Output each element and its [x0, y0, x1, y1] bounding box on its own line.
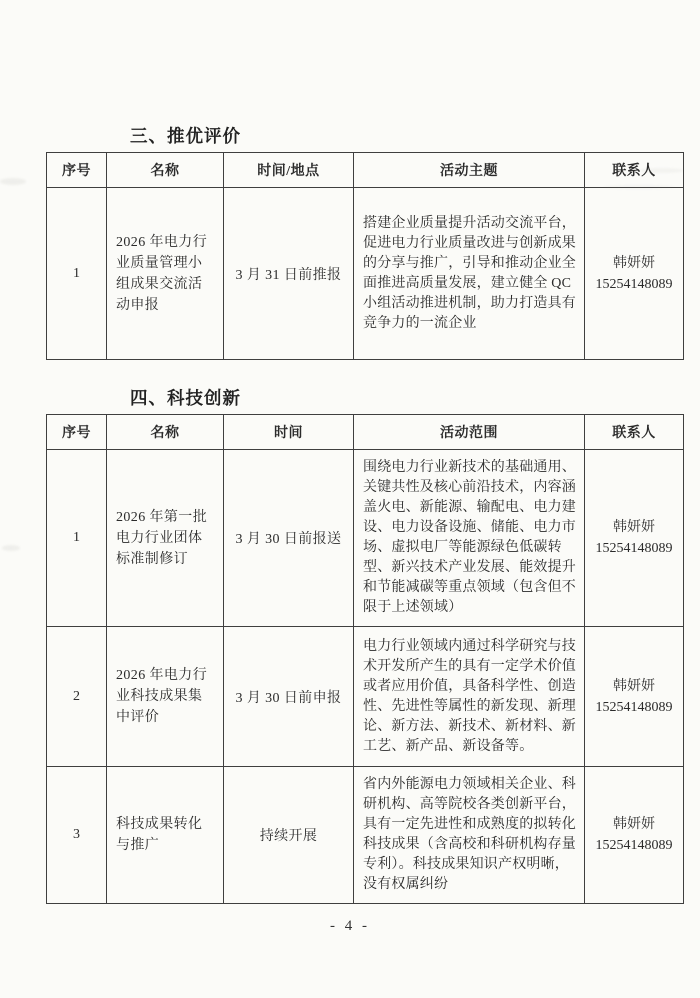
table-header-row: 序号 名称 时间 活动范围 联系人: [47, 415, 684, 450]
cell-contact: 韩妍妍 15254148089: [585, 188, 684, 360]
cell-activity-scope: 电力行业领域内通过科学研究与技术开发所产生的具有一定学术价值或者应用价值，具备科…: [354, 627, 585, 767]
col-header-contact: 联系人: [585, 415, 684, 450]
scan-artifact: [604, 185, 674, 189]
promotion-evaluation-table: 序号 名称 时间/地点 活动主题 联系人 1 2026 年电力行业质量管理小组成…: [46, 152, 684, 360]
contact-phone: 15254148089: [585, 274, 683, 295]
contact-phone: 15254148089: [585, 538, 683, 559]
cell-time: 持续开展: [224, 767, 354, 904]
col-header-time: 时间/地点: [224, 153, 354, 188]
cell-activity-name: 2026 年第一批电力行业团体标准制修订: [107, 450, 224, 627]
section-title-promotion-evaluation: 三、推优评价: [130, 0, 700, 148]
table-row: 1 2026 年电力行业质量管理小组成果交流活动申报 3 月 31 日前推报 搭…: [47, 188, 684, 360]
page-number: - 4 -: [0, 918, 700, 935]
col-header-index: 序号: [47, 153, 107, 188]
cell-contact: 韩妍妍 15254148089: [585, 767, 684, 904]
table-row: 3 科技成果转化与推广 持续开展 省内外能源电力领域相关企业、科研机构、高等院校…: [47, 767, 684, 904]
contact-phone: 15254148089: [585, 835, 683, 856]
col-header-index: 序号: [47, 415, 107, 450]
cell-activity-scope: 省内外能源电力领域相关企业、科研机构、高等院校各类创新平台，具有一定先进性和成熟…: [354, 767, 585, 904]
col-header-scope: 活动范围: [354, 415, 585, 450]
col-header-name: 名称: [107, 153, 224, 188]
cell-activity-name: 科技成果转化与推广: [107, 767, 224, 904]
cell-index: 1: [47, 450, 107, 627]
section-title-tech-innovation: 四、科技创新: [130, 385, 700, 410]
cell-index: 3: [47, 767, 107, 904]
col-header-theme: 活动主题: [354, 153, 585, 188]
cell-activity-name: 2026 年电力行业科技成果集中评价: [107, 627, 224, 767]
table-row: 1 2026 年第一批电力行业团体标准制修订 3 月 30 日前报送 围绕电力行…: [47, 450, 684, 627]
col-header-name: 名称: [107, 415, 224, 450]
scan-artifact: [640, 168, 684, 173]
contact-name: 韩妍妍: [585, 676, 683, 697]
scan-artifact: [2, 545, 20, 551]
cell-contact: 韩妍妍 15254148089: [585, 450, 684, 627]
scan-artifact: [0, 178, 26, 185]
cell-time: 3 月 31 日前推报: [224, 188, 354, 360]
cell-index: 1: [47, 188, 107, 360]
cell-index: 2: [47, 627, 107, 767]
scanned-document-page: 三、推优评价 序号 名称 时间/地点 活动主题 联系人 1 2026 年电力行业…: [0, 0, 700, 998]
cell-activity-name: 2026 年电力行业质量管理小组成果交流活动申报: [107, 188, 224, 360]
table-header-row: 序号 名称 时间/地点 活动主题 联系人: [47, 153, 684, 188]
contact-name: 韩妍妍: [585, 517, 683, 538]
tech-innovation-table: 序号 名称 时间 活动范围 联系人 1 2026 年第一批电力行业团体标准制修订…: [46, 414, 684, 904]
cell-activity-theme: 搭建企业质量提升活动交流平台，促进电力行业质量改进与创新成果的分享与推广，引导和…: [354, 188, 585, 360]
cell-time: 3 月 30 日前申报: [224, 627, 354, 767]
cell-time: 3 月 30 日前报送: [224, 450, 354, 627]
cell-contact: 韩妍妍 15254148089: [585, 627, 684, 767]
contact-name: 韩妍妍: [585, 814, 683, 835]
col-header-time: 时间: [224, 415, 354, 450]
table-row: 2 2026 年电力行业科技成果集中评价 3 月 30 日前申报 电力行业领域内…: [47, 627, 684, 767]
contact-phone: 15254148089: [585, 697, 683, 718]
cell-activity-scope: 围绕电力行业新技术的基础通用、关键共性及核心前沿技术，内容涵盖火电、新能源、输配…: [354, 450, 585, 627]
contact-name: 韩妍妍: [585, 253, 683, 274]
